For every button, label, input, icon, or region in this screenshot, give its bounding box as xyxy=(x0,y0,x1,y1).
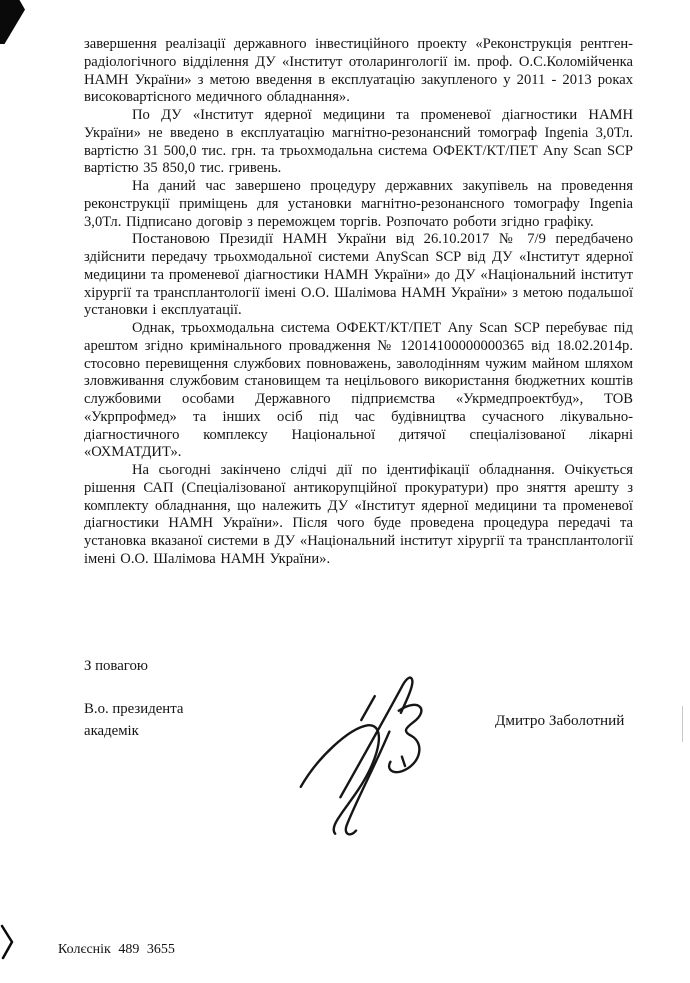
paragraph: По ДУ «Інститут ядерної медицини та пром… xyxy=(84,107,633,178)
paragraph: На даний час завершено процедуру державн… xyxy=(84,178,633,231)
signer-name: Дмитро Заболотний xyxy=(495,712,624,730)
scan-corner-mark-bottom-left xyxy=(0,922,18,962)
closing-salutation: З повагою xyxy=(84,658,148,675)
footer-contact: Колєснік 489 3655 xyxy=(58,942,175,958)
scan-corner-mark-top-left xyxy=(0,0,25,44)
paragraph: Постановою Президії НАМН України від 26.… xyxy=(84,231,633,320)
paragraph: На сьогодні закінчено слідчі дії по іден… xyxy=(84,462,633,569)
letter-body: завершення реалізації державного інвести… xyxy=(84,36,633,569)
scan-edge-mark-right xyxy=(682,706,683,742)
scanned-letter-page: завершення реалізації державного інвести… xyxy=(0,0,690,983)
signer-title-line2: академік xyxy=(84,720,183,742)
paragraph: завершення реалізації державного інвести… xyxy=(84,36,633,107)
paragraph: Однак, трьохмодальна система ОФЕКТ/КТ/ПЕ… xyxy=(84,320,633,462)
signer-title-line1: В.о. президента xyxy=(84,698,183,720)
signer-title: В.о. президента академік xyxy=(84,698,183,742)
handwritten-signature xyxy=(296,668,464,840)
